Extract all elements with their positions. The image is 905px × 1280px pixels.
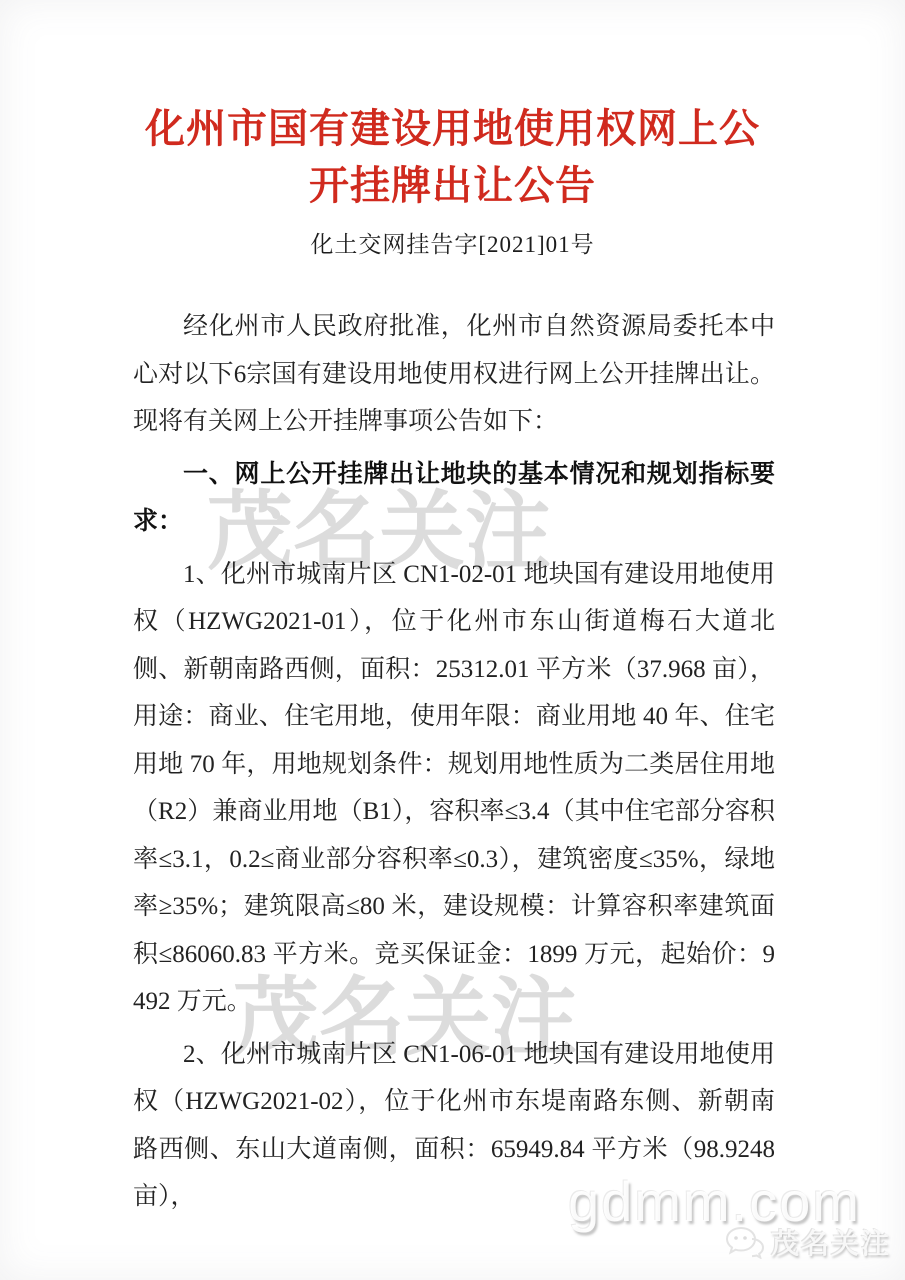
section-heading: 一、网上公开挂牌出让地块的基本情况和规划指标要求： [133, 451, 775, 546]
document-page: 茂名关注 茂名关注 化州市国有建设用地使用权网上公开挂牌出让公告 化土交网挂告字… [0, 0, 905, 1280]
paragraph-parcel-1: 1、化州市城南片区 CN1-02-01 地块国有建设用地使用权（HZWG2021… [133, 551, 775, 1026]
announcement-document: 化州市国有建设用地使用权网上公开挂牌出让公告 化土交网挂告字[2021]01号 … [0, 0, 905, 1221]
gdmm-account-label: 茂名关注 [771, 1222, 891, 1262]
gdmm-watermark: gdmm.com 茂名关注 [568, 1174, 891, 1262]
document-body: 经化州市人民政府批准，化州市自然资源局委托本中心对以下6宗国有建设用地使用权进行… [133, 303, 775, 1221]
page-title: 化州市国有建设用地使用权网上公开挂牌出让公告 [138, 100, 768, 214]
wechat-bubble-icon [725, 1225, 765, 1259]
document-number: 化土交网挂告字[2021]01号 [0, 226, 905, 259]
paragraph-intro: 经化州市人民政府批准，化州市自然资源局委托本中心对以下6宗国有建设用地使用权进行… [133, 303, 775, 446]
